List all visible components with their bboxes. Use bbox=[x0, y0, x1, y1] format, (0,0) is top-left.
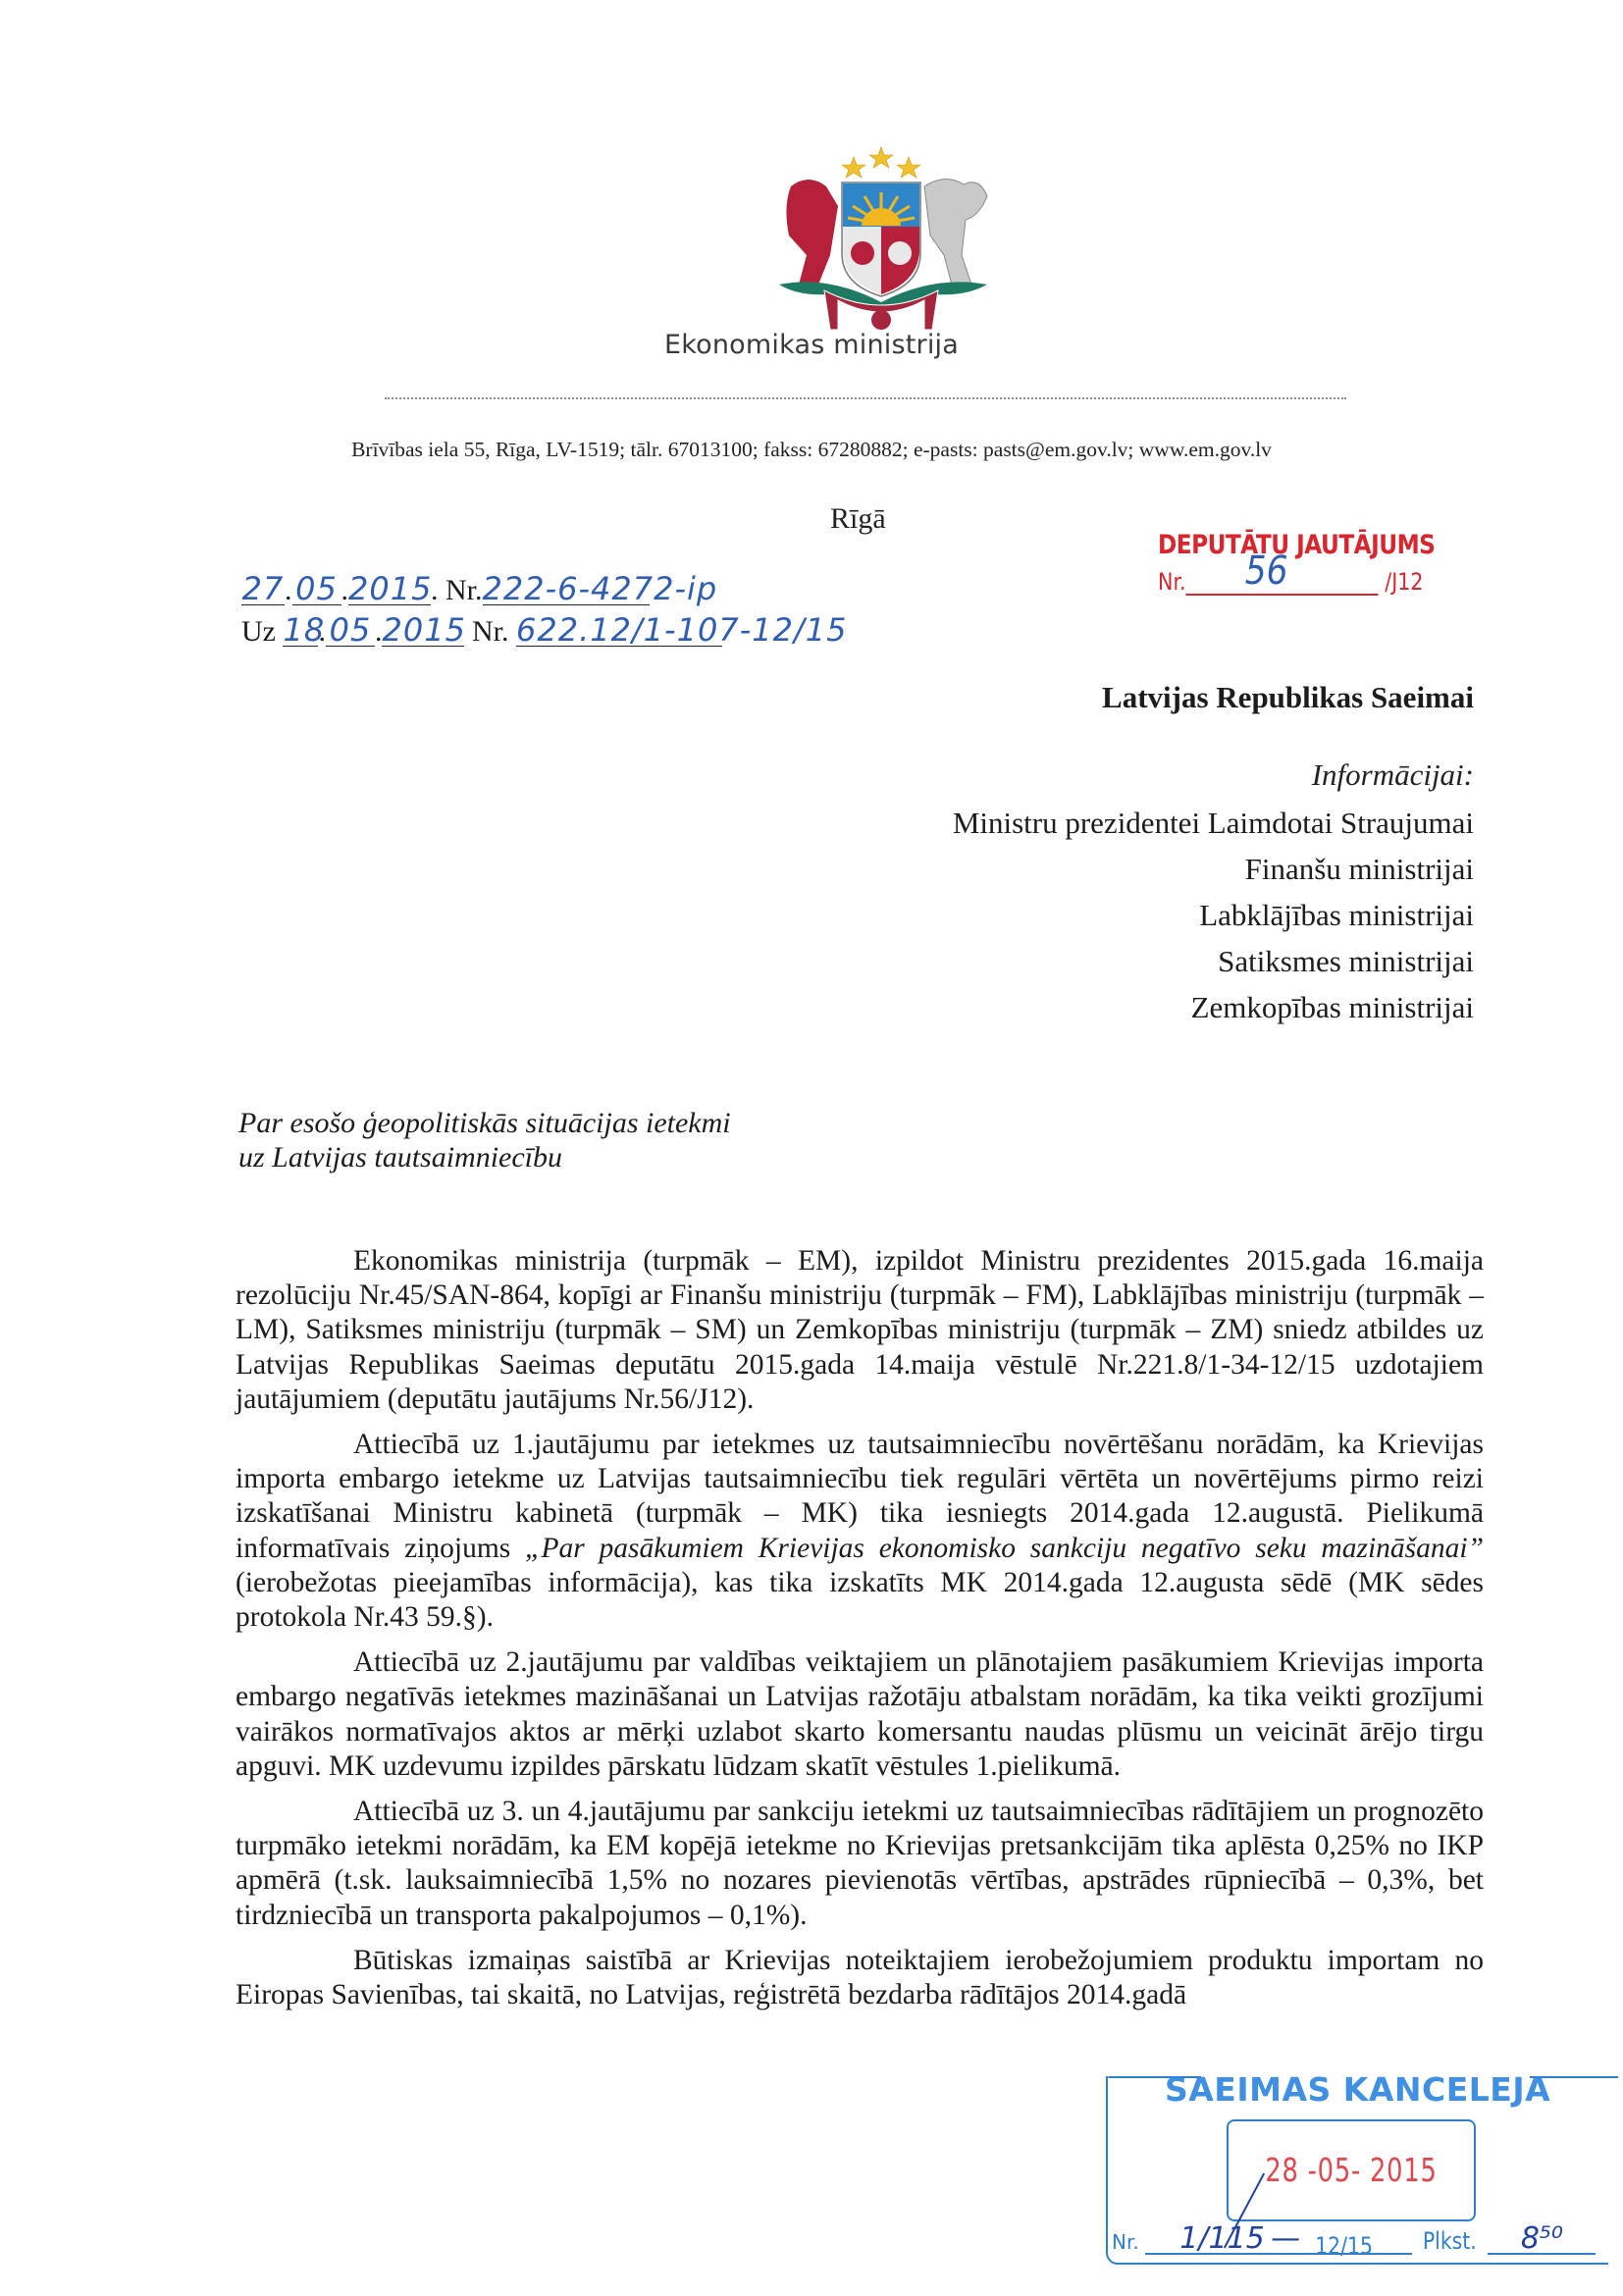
recipient: Latvijas Republikas Saeimai bbox=[1102, 680, 1474, 715]
ref-date-year: 2015 bbox=[348, 573, 431, 605]
ref-date-month: 05 bbox=[292, 573, 341, 605]
registration-row: Nr. 1/115 — 12/15 Plkst. 8⁵⁰ bbox=[1112, 2227, 1596, 2255]
saeima-receipt-stamp: SAEIMAS KANCELEJA 28 -05- 2015 Nr. 1/115… bbox=[1106, 2068, 1616, 2265]
body-paragraph: Attiecībā uz 1.jautājumu par ietekmes uz… bbox=[236, 1428, 1484, 1635]
reg-nr-label: Nr. bbox=[1112, 2230, 1139, 2254]
time-label: Plkst. bbox=[1423, 2227, 1477, 2255]
deputy-question-stamp: DEPUTĀTU JAUTĀJUMS Nr.56 /J12 bbox=[1158, 530, 1492, 596]
stamp-suffix: /J12 bbox=[1385, 568, 1423, 596]
subject-line: Par esošo ģeopolitiskās situācijas ietek… bbox=[238, 1106, 731, 1140]
stamp-title: DEPUTĀTU JAUTĀJUMS bbox=[1158, 530, 1444, 560]
reply-reference: Uz 18.05.2015 Nr. 622.12/1-107-12/15 bbox=[241, 614, 722, 649]
cc-item: Labklājības ministrijai bbox=[953, 892, 1474, 938]
stamp-nr-label: Nr. bbox=[1158, 568, 1186, 596]
cc-item: Finanšu ministrijai bbox=[953, 846, 1474, 892]
cc-item: Zemkopības ministrijai bbox=[953, 984, 1474, 1030]
reply-date-month: 05 bbox=[326, 614, 375, 647]
ministry-name: Ekonomikas ministrija bbox=[0, 330, 1623, 360]
cc-item: Ministru prezidentei Laimdotai Straujuma… bbox=[953, 800, 1474, 846]
body-paragraph: Ekonomikas ministrija (turpmāk – EM), iz… bbox=[236, 1244, 1484, 1417]
stamp-number: 56 bbox=[1245, 548, 1288, 594]
ref-date-day: 27 bbox=[241, 573, 285, 605]
receipt-date-box: 28 -05- 2015 bbox=[1227, 2119, 1476, 2221]
reply-nr-label: Nr. bbox=[472, 615, 509, 648]
receipt-date: 28 -05- 2015 bbox=[1256, 2151, 1447, 2189]
reply-date-day: 18 bbox=[283, 614, 318, 647]
reg-number-printed: 12/15 bbox=[1315, 2232, 1373, 2260]
coat-of-arms-icon bbox=[769, 137, 997, 343]
body-paragraph: Attiecībā uz 2.jautājumu par valdības ve… bbox=[236, 1645, 1484, 1784]
place-of-issue: Rīgā bbox=[830, 502, 886, 536]
saeima-stamp-title: SAEIMAS KANCELEJA bbox=[1165, 2070, 1550, 2109]
cc-list: Ministru prezidentei Laimdotai Straujuma… bbox=[953, 800, 1474, 1030]
ref-nr-label: Nr. bbox=[445, 574, 483, 606]
reply-prefix: Uz bbox=[241, 615, 276, 648]
info-label: Informācijai: bbox=[1312, 757, 1474, 793]
ref-number: 222-6-4272-ip bbox=[483, 573, 650, 605]
reply-number: 622.12/1-107-12/15 bbox=[516, 614, 722, 647]
letter-body: Ekonomikas ministrija (turpmāk – EM), iz… bbox=[236, 1244, 1484, 2023]
outgoing-reference: 27.05.2015. Nr.222-6-4272-ip bbox=[241, 573, 650, 607]
body-paragraph: Attiecībā uz 3. un 4.jautājumu par sankc… bbox=[236, 1795, 1484, 1933]
letter-subject: Par esošo ģeopolitiskās situācijas ietek… bbox=[238, 1106, 731, 1174]
reply-date-year: 2015 bbox=[382, 614, 464, 647]
receipt-time: 8⁵⁰ bbox=[1521, 2221, 1563, 2256]
subject-line: uz Latvijas tautsaimniecību bbox=[238, 1140, 731, 1174]
reg-number-handwritten: 1/115 bbox=[1179, 2221, 1264, 2256]
ministry-address: Brīvības iela 55, Rīga, LV-1519; tālr. 6… bbox=[0, 438, 1623, 462]
header-divider bbox=[385, 397, 1346, 399]
cc-item: Satiksmes ministrijai bbox=[953, 938, 1474, 984]
body-paragraph: Būtiskas izmaiņas saistībā ar Krievijas … bbox=[236, 1944, 1484, 2012]
report-title: „Par pasākumiem Krievijas ekonomisko san… bbox=[525, 1533, 1484, 1564]
